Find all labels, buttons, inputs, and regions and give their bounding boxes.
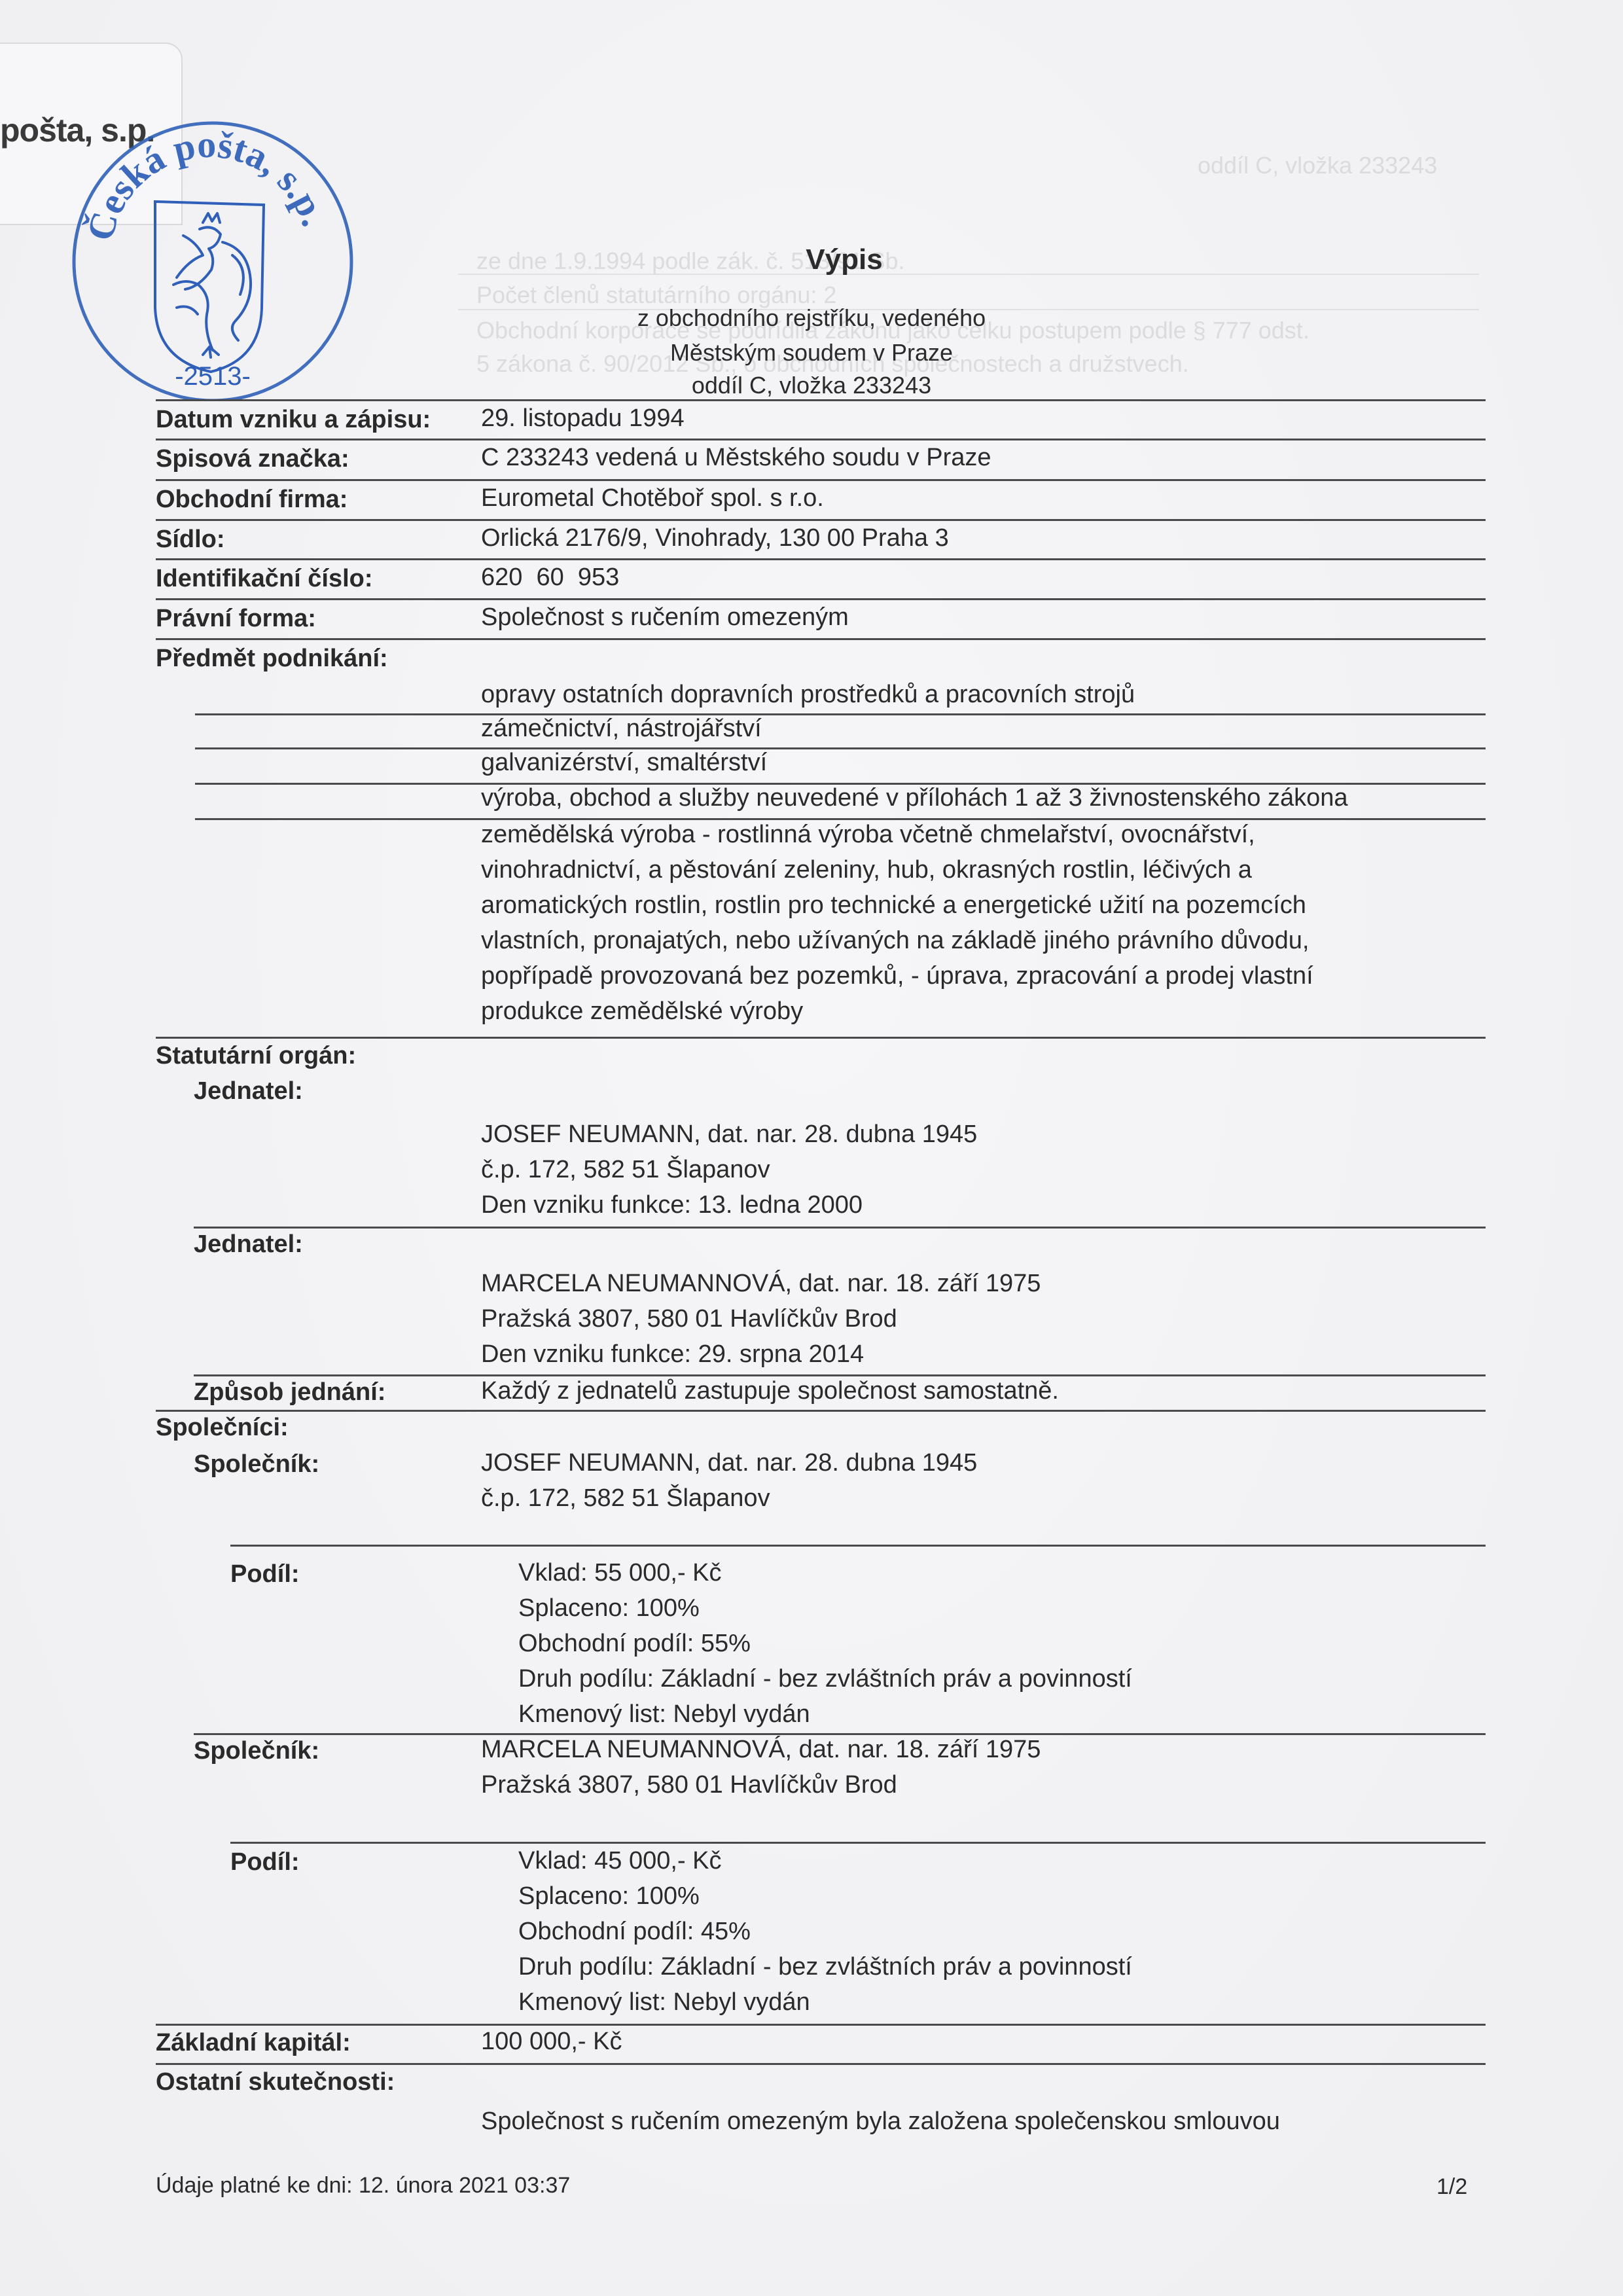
function-since: Den vzniku funkce: 13. ledna 2000 — [481, 1187, 863, 1223]
page-number: 1/2 — [1436, 2174, 1467, 2200]
business-activity-line: zemědělská výroba - rostlinná výroba vče… — [481, 817, 1255, 852]
divider — [230, 1842, 1486, 1844]
divider — [194, 1227, 1486, 1229]
field-label: Spisová značka: — [156, 445, 349, 473]
business-activity: galvanizérství, smaltérství — [481, 745, 767, 780]
share-detail: Kmenový list: Nebyl vydán — [518, 1984, 810, 2020]
acting-method: Každý z jednatelů zastupuje společnost s… — [481, 1373, 1059, 1408]
person-name: MARCELA NEUMANNOVÁ, dat. nar. 18. září 1… — [481, 1732, 1041, 1767]
business-activity-line: popřípadě provozovaná bez pozemků, - úpr… — [481, 958, 1313, 994]
divider — [156, 2063, 1486, 2065]
share-detail: Vklad: 55 000,- Kč — [518, 1555, 722, 1590]
business-activity-line: produkce zemědělské výroby — [481, 994, 803, 1029]
section-label: Statutární orgán: — [156, 1042, 356, 1070]
field-label: Sídlo: — [156, 526, 225, 554]
section-label: Společníci: — [156, 1414, 289, 1442]
document-page: oddíl C, vložka 233243 ze dne 1.9.1994 p… — [0, 0, 1623, 2296]
field-value: Orlická 2176/9, Vinohrady, 130 00 Praha … — [481, 520, 949, 556]
person-address: Pražská 3807, 580 01 Havlíčkův Brod — [481, 1767, 897, 1803]
divider — [156, 1410, 1486, 1412]
divider — [156, 558, 1486, 560]
field-value: C 233243 vedená u Městského soudu v Praz… — [481, 440, 991, 475]
validity-date: Údaje platné ke dni: 12. února 2021 03:3… — [156, 2173, 570, 2198]
divider — [195, 713, 1486, 715]
business-activity: zámečnictví, nástrojářství — [481, 711, 762, 746]
sub-label: Jednatel: — [194, 1077, 303, 1105]
business-activity: opravy ostatních dopravních prostředků a… — [481, 677, 1135, 712]
share-detail: Splaceno: 100% — [518, 1878, 700, 1914]
header-line: oddíl C, vložka 233243 — [0, 372, 1623, 399]
section-label: Předmět podnikání: — [156, 645, 388, 673]
share-detail: Druh podílu: Základní - bez zvláštních p… — [518, 1949, 1132, 1984]
sub-label: Jednatel: — [194, 1230, 303, 1259]
field-value: Společnost s ručením omezeným — [481, 600, 849, 635]
field-value: Eurometal Chotěboř spol. s r.o. — [481, 480, 824, 516]
header-line: Městským soudem v Praze — [0, 339, 1623, 367]
divider — [156, 638, 1486, 640]
sub-label: Podíl: — [230, 1560, 300, 1588]
field-value: 620 60 953 — [481, 560, 619, 595]
bleed-through-text: oddíl C, vložka 233243 — [1198, 152, 1437, 179]
sub-label: Podíl: — [230, 1848, 300, 1876]
document-title: Výpis — [33, 243, 1623, 276]
person-name: JOSEF NEUMANN, dat. nar. 28. dubna 1945 — [481, 1117, 977, 1152]
sub-label: Společník: — [194, 1737, 319, 1765]
header-line: z obchodního rejstříku, vedeného — [0, 304, 1623, 332]
share-detail: Druh podílu: Základní - bez zvláštních p… — [518, 1661, 1132, 1696]
person-address: Pražská 3807, 580 01 Havlíčkův Brod — [481, 1301, 897, 1336]
field-value: 100 000,- Kč — [481, 2024, 622, 2059]
field-label: Identifikační číslo: — [156, 565, 373, 593]
share-detail: Obchodní podíl: 45% — [518, 1914, 751, 1949]
section-label: Ostatní skutečnosti: — [156, 2068, 395, 2096]
person-name: MARCELA NEUMANNOVÁ, dat. nar. 18. září 1… — [481, 1266, 1041, 1301]
field-value: 29. listopadu 1994 — [481, 401, 685, 436]
person-address: č.p. 172, 582 51 Šlapanov — [481, 1152, 770, 1187]
business-activity-line: vinohradnictví, a pěstování zeleniny, hu… — [481, 852, 1252, 888]
field-label: Základní kapitál: — [156, 2029, 351, 2057]
field-label: Právní forma: — [156, 605, 316, 633]
sub-label: Společník: — [194, 1450, 319, 1479]
share-detail: Obchodní podíl: 55% — [518, 1626, 751, 1661]
share-detail: Vklad: 45 000,- Kč — [518, 1843, 722, 1878]
share-detail: Splaceno: 100% — [518, 1590, 700, 1626]
divider — [195, 747, 1486, 749]
person-address: č.p. 172, 582 51 Šlapanov — [481, 1480, 770, 1516]
person-name: JOSEF NEUMANN, dat. nar. 28. dubna 1945 — [481, 1445, 977, 1480]
field-label: Datum vzniku a zápisu: — [156, 406, 431, 434]
business-activity: výroba, obchod a služby neuvedené v příl… — [481, 780, 1348, 816]
divider — [156, 2024, 1486, 2026]
other-facts: Společnost s ručením omezeným byla založ… — [481, 2104, 1280, 2139]
sub-label: Způsob jednání: — [194, 1378, 385, 1407]
function-since: Den vzniku funkce: 29. srpna 2014 — [481, 1336, 864, 1372]
business-activity-line: aromatických rostlin, rostlin pro techni… — [481, 888, 1306, 923]
field-label: Obchodní firma: — [156, 486, 348, 514]
business-activity-line: vlastních, pronajatých, nebo užívaných n… — [481, 923, 1309, 958]
divider — [230, 1545, 1486, 1547]
divider — [156, 1037, 1486, 1039]
divider — [156, 399, 1486, 401]
share-detail: Kmenový list: Nebyl vydán — [518, 1696, 810, 1732]
